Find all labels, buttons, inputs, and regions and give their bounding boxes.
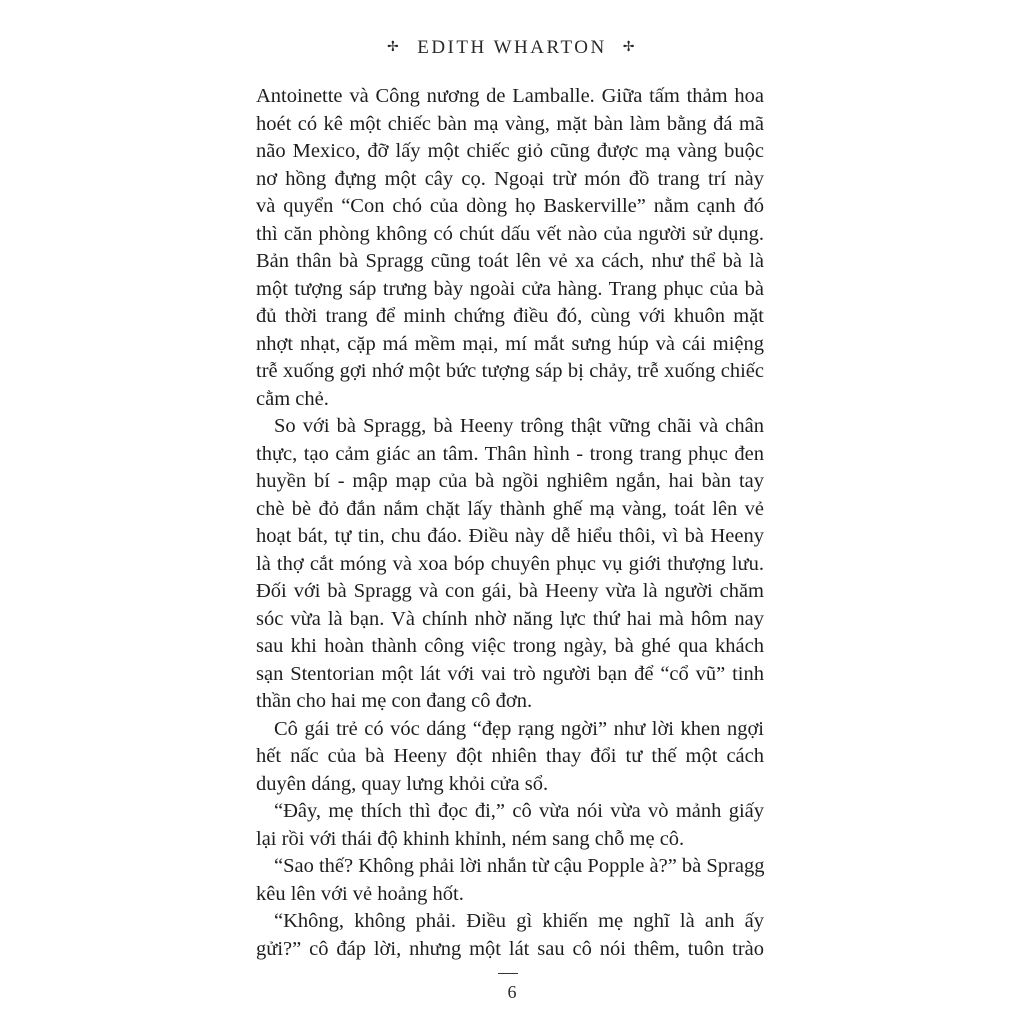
text-line: trễ xuống gợi nhớ một bức tượng sáp bị c… <box>256 358 764 386</box>
text-line: Bản thân bà Spragg cũng toát lên vẻ xa c… <box>256 248 764 276</box>
text-line: So với bà Spragg, bà Heeny trông thật vữ… <box>256 413 764 441</box>
text-line: một tượng sáp trưng bày ngoài cửa hàng. … <box>256 276 764 304</box>
text-line: sạn Stentorian một lát với vai trò người… <box>256 661 764 689</box>
text-line: “Đây, mẹ thích thì đọc đi,” cô vừa nói v… <box>256 798 764 826</box>
body-text: Antoinette và Công nương de Lamballe. Gi… <box>256 83 764 963</box>
text-line: đủ thời trang để minh chứng điều đó, cùn… <box>256 303 764 331</box>
text-line: thần cho hai mẹ con đang cô đơn. <box>256 688 764 716</box>
text-line: lại rồi với thái độ khinh khỉnh, ném san… <box>256 826 764 854</box>
text-line: gửi?” cô đáp lời, nhưng một lát sau cô n… <box>256 936 764 964</box>
text-line: “Không, không phải. Điều gì khiến mẹ ngh… <box>256 908 764 936</box>
text-line: cằm chẻ. <box>256 386 764 414</box>
author-name: EDITH WHARTON <box>417 37 607 58</box>
text-line: sau khi hoàn thành công việc trong ngày,… <box>256 633 764 661</box>
text-line: chè bè đỏ đắn nắm chặt lấy thành ghế mạ … <box>256 496 764 524</box>
text-line: Cô gái trẻ có vóc dáng “đẹp rạng ngời” n… <box>256 716 764 744</box>
text-line: là thợ cắt móng và xoa bóp chuyên phục v… <box>256 551 764 579</box>
text-line: thì căn phòng không có chút dấu vết nào … <box>256 221 764 249</box>
text-line: kêu lên với vẻ hoảng hốt. <box>256 881 764 909</box>
text-line: duyên dáng, quay lưng khỏi cửa sổ. <box>256 771 764 799</box>
text-line: hoét có kê một chiếc bàn mạ vàng, mặt bà… <box>256 111 764 139</box>
ornament-right-icon: ✢ <box>623 40 637 55</box>
text-line: Đối với bà Spragg và con gái, bà Heeny v… <box>256 578 764 606</box>
text-line: hoạt bát, tự tin, chu đáo. Điều này dễ h… <box>256 523 764 551</box>
page-number: 6 <box>0 982 1024 1003</box>
text-line: hết nấc của bà Heeny đột nhiên thay đổi … <box>256 743 764 771</box>
ornament-left-icon: ✢ <box>387 40 401 55</box>
text-line: “Sao thế? Không phải lời nhắn từ cậu Pop… <box>256 853 764 881</box>
text-line: sóc vừa là bạn. Và chính nhờ năng lực th… <box>256 606 764 634</box>
text-line: nhợt nhạt, cặp má mềm mại, mí mắt sưng h… <box>256 331 764 359</box>
text-line: và quyển “Con chó của dòng họ Baskervill… <box>256 193 764 221</box>
text-line: nơ hồng đựng một cây cọ. Ngoại trừ món đ… <box>256 166 764 194</box>
text-line: huyền bí - mập mạp của bà ngồi nghiêm ng… <box>256 468 764 496</box>
running-head: ✢EDITH WHARTON✢ <box>0 36 1024 60</box>
text-line: Antoinette và Công nương de Lamballe. Gi… <box>256 83 764 111</box>
text-line: não Mexico, đỡ lấy một chiếc giỏ cũng đư… <box>256 138 764 166</box>
folio-rule <box>498 973 518 974</box>
text-line: thực, tạo cảm giác an tâm. Thân hình - t… <box>256 441 764 469</box>
